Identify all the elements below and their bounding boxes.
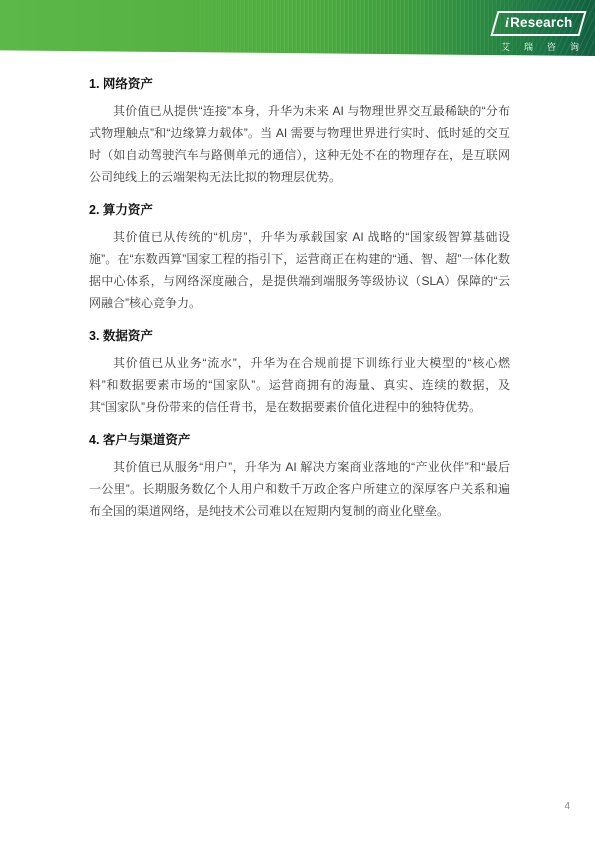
section-heading: 2. 算力资产 xyxy=(89,201,510,219)
page-number: 4 xyxy=(564,801,570,812)
iresearch-logo: iResearch 艾瑞咨询 xyxy=(494,11,586,53)
logo-parallelogram: iResearch xyxy=(490,11,586,36)
section-heading: 4. 客户与渠道资产 xyxy=(89,431,510,449)
logo-cn-subtext: 艾瑞咨询 xyxy=(494,40,586,53)
section-customer-channel-assets: 4. 客户与渠道资产 其价值已从服务“用户”，升华为 AI 解决方案商业落地的“… xyxy=(89,431,510,522)
section-computing-assets: 2. 算力资产 其价值已从传统的“机房”，升华为承载国家 AI 战略的“国家级智… xyxy=(89,201,510,314)
section-paragraph: 其价值已从业务“流水”，升华为在合规前提下训练行业大模型的“核心燃料”和数据要素… xyxy=(89,352,510,418)
section-heading: 1. 网络资产 xyxy=(89,75,510,93)
section-data-assets: 3. 数据资产 其价值已从业务“流水”，升华为在合规前提下训练行业大模型的“核心… xyxy=(89,327,510,418)
section-heading: 3. 数据资产 xyxy=(89,327,510,345)
document-page: iResearch 艾瑞咨询 1. 网络资产 其价值已从提供“连接”本身，升华为… xyxy=(0,0,595,841)
logo-wordmark: iResearch xyxy=(505,15,572,31)
section-paragraph: 其价值已从传统的“机房”，升华为承载国家 AI 战略的“国家级智算基础设施”。在… xyxy=(89,226,510,314)
document-body: 1. 网络资产 其价值已从提供“连接”本身，升华为未来 AI 与物理世界交互最稀… xyxy=(89,56,510,535)
logo-letter-i: i xyxy=(505,15,509,30)
section-paragraph: 其价值已从服务“用户”，升华为 AI 解决方案商业落地的“产业伙伴”和“最后一公… xyxy=(89,456,510,522)
section-network-assets: 1. 网络资产 其价值已从提供“连接”本身，升华为未来 AI 与物理世界交互最稀… xyxy=(89,75,510,188)
logo-word-research: Research xyxy=(510,15,572,30)
section-paragraph: 其价值已从提供“连接”本身，升华为未来 AI 与物理世界交互最稀缺的“分布式物理… xyxy=(89,100,510,188)
